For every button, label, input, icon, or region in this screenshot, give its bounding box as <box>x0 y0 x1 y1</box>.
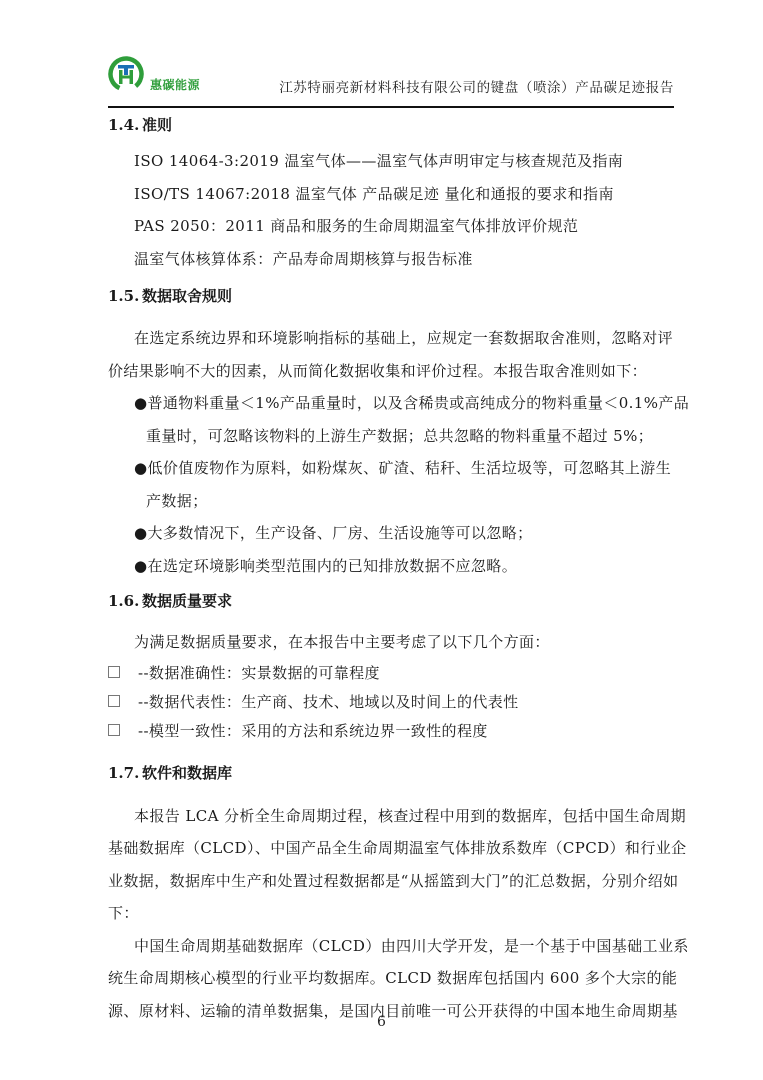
checkbox-icon <box>108 724 120 736</box>
standard-item: PAS 2050：2011 商品和服务的生命周期温室气体排放评价规范 <box>108 210 674 243</box>
section-number: 1.4. <box>108 112 142 138</box>
standard-item: 温室气体核算体系：产品寿命周期核算与报告标准 <box>108 243 674 276</box>
paragraph-line: 价结果影响不大的因素，从而简化数据收集和评价过程。本报告取舍准则如下： <box>108 355 674 388</box>
page-header: 惠碳能源 江苏特丽亮新材料科技有限公司的键盘（喷涂）产品碳足迹报告 <box>108 52 674 108</box>
bullet-item-continuation: 产数据； <box>108 485 674 518</box>
section-number: 1.6. <box>108 588 142 614</box>
section-heading-1-5: 1.5.数据取舍规则 <box>108 283 674 309</box>
bullet-item: ●大多数情况下，生产设备、厂房、生活设施等可以忽略； <box>108 517 674 550</box>
section-number: 1.7. <box>108 760 142 786</box>
paragraph-line: 本报告 LCA 分析全生命周期过程，核查过程中用到的数据库，包括中国生命周期 <box>108 800 674 833</box>
brand-name: 惠碳能源 <box>150 76 200 93</box>
page-number: 6 <box>0 1014 763 1030</box>
section-title: 准则 <box>142 116 172 134</box>
bullet-item: ●普通物料重量＜1%产品重量时，以及含稀贵或高纯成分的物料重量＜0.1%产品 <box>108 387 674 420</box>
section-heading-1-7: 1.7.软件和数据库 <box>108 760 674 786</box>
section-title: 数据质量要求 <box>142 592 232 610</box>
standard-item: ISO 14064-3:2019 温室气体——温室气体声明审定与核查规范及指南 <box>108 145 674 178</box>
header-divider <box>108 106 674 108</box>
paragraph-line: 中国生命周期基础数据库（CLCD）由四川大学开发，是一个基于中国基础工业系 <box>108 930 674 963</box>
checklist-item: --数据代表性：生产商、技术、地域以及时间上的代表性 <box>108 688 674 717</box>
standard-item: ISO/TS 14067:2018 温室气体 产品碳足迹 量化和通报的要求和指南 <box>108 178 674 211</box>
section-title: 软件和数据库 <box>142 764 232 782</box>
paragraph-line: 基础数据库（CLCD）、中国产品全生命周期温室气体排放系数库（CPCD）和行业企 <box>108 832 674 865</box>
checklist-text: --数据准确性：实景数据的可靠程度 <box>138 664 380 682</box>
section-title: 数据取舍规则 <box>142 287 232 305</box>
section-number: 1.5. <box>108 283 142 309</box>
checklist-text: --数据代表性：生产商、技术、地域以及时间上的代表性 <box>138 693 519 711</box>
paragraph-line: 下： <box>108 897 674 930</box>
checklist-text: --模型一致性：采用的方法和系统边界一致性的程度 <box>138 722 488 740</box>
checkbox-icon <box>108 695 120 707</box>
checklist-item: --模型一致性：采用的方法和系统边界一致性的程度 <box>108 717 674 746</box>
tree-circle-logo-icon <box>108 56 144 92</box>
checkbox-icon <box>108 666 120 678</box>
paragraph-line: 为满足数据质量要求，在本报告中主要考虑了以下几个方面： <box>108 626 674 659</box>
checklist-item: --数据准确性：实景数据的可靠程度 <box>108 659 674 688</box>
paragraph-line: 统生命周期核心模型的行业平均数据库。CLCD 数据库包括国内 600 多个大宗的… <box>108 962 674 995</box>
section-heading-1-4: 1.4.准则 <box>108 112 674 138</box>
section-heading-1-6: 1.6.数据质量要求 <box>108 588 674 614</box>
page-content: 1.4.准则 ISO 14064-3:2019 温室气体——温室气体声明审定与核… <box>108 112 674 1027</box>
bullet-item: ●低价值废物作为原料，如粉煤灰、矿渣、秸秆、生活垃圾等，可忽略其上游生 <box>108 452 674 485</box>
paragraph-line: 业数据，数据库中生产和处置过程数据都是“从摇篮到大门”的汇总数据，分别介绍如 <box>108 865 674 898</box>
paragraph-line: 在选定系统边界和环境影响指标的基础上，应规定一套数据取舍准则，忽略对评 <box>108 322 674 355</box>
bullet-item-continuation: 重量时，可忽略该物料的上游生产数据；总共忽略的物料重量不超过 5%； <box>108 420 674 453</box>
report-title: 江苏特丽亮新材料科技有限公司的键盘（喷涂）产品碳足迹报告 <box>279 76 674 96</box>
bullet-item: ●在选定环境影响类型范围内的已知排放数据不应忽略。 <box>108 550 674 583</box>
document-page: 惠碳能源 江苏特丽亮新材料科技有限公司的键盘（喷涂）产品碳足迹报告 1.4.准则… <box>0 0 763 1080</box>
